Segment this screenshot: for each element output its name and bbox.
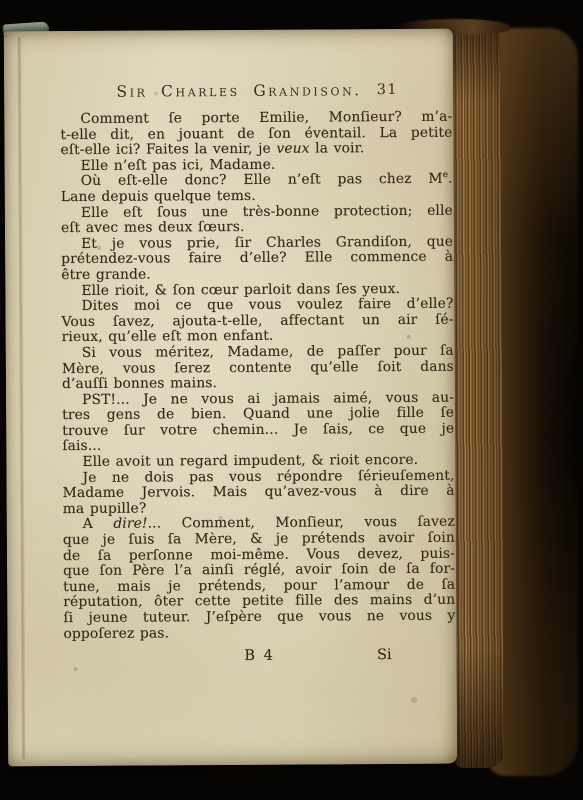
text-line: trouve ſur votre chemin... Je ſais, ce q…	[62, 422, 454, 440]
text-line: ſi jeune tuteur. J’eſpère que vous ne vo…	[63, 609, 455, 627]
paragraph: Dites moi ce que vous voulez faire d’ell…	[61, 297, 453, 346]
running-header: Sir Charles Grandison. 31	[60, 81, 452, 101]
page-footer: B 4 Si	[64, 647, 456, 667]
book-photo: Sir Charles Grandison. 31 Comment ſe por…	[0, 0, 583, 800]
text-line: oppoſerez pas.	[63, 624, 455, 642]
catchword: Si	[377, 647, 392, 663]
book-page: Sir Charles Grandison. 31 Comment ſe por…	[4, 29, 457, 767]
page-stack-fore-edge	[450, 27, 504, 768]
paragraph: PST!... Je ne vous ai jamais aimé, vous …	[62, 390, 454, 455]
signature-mark: B 4	[64, 647, 456, 665]
text-line: Mère, vous ſerez contente qu’elle ſoit d…	[62, 359, 454, 377]
screenshot-root: { "colors": { "background": "#070503", "…	[0, 0, 583, 800]
page-body: Comment ſe porte Emilie, Monſieur? m’a-t…	[60, 110, 455, 643]
text-line: Madame Jervois. Mais qu’avez-vous à dire…	[63, 484, 455, 502]
text-block: Sir Charles Grandison. 31 Comment ſe por…	[60, 81, 456, 668]
text-line: Elle eſt ſous une très-bonne protection;…	[61, 203, 453, 221]
paragraph: Je ne dois pas vous répondre ſérieuſemen…	[62, 468, 454, 517]
paragraph: Et je vous prie, ſir Charles Grandiſon, …	[61, 234, 453, 283]
page-number: 31	[377, 82, 399, 98]
paragraph: Où eſt-elle donc? Elle n’eſt pas chez Me…	[61, 172, 453, 206]
text-line: Où eſt-elle donc? Elle n’eſt pas chez Me…	[61, 172, 453, 190]
paragraph: A dire!... Comment, Monſieur, vous ſavez…	[63, 515, 456, 642]
paragraph: Elle eſt ſous une très-bonne protection;…	[61, 203, 453, 237]
paragraph: Comment ſe porte Emilie, Monſieur? m’a-t…	[60, 110, 452, 159]
text-line: prétendez-vous faire d’elle? Elle commen…	[61, 250, 453, 268]
gutter-crease	[17, 37, 26, 759]
paragraph: Si vous méritez, Madame, de paſſer pour …	[62, 344, 454, 393]
